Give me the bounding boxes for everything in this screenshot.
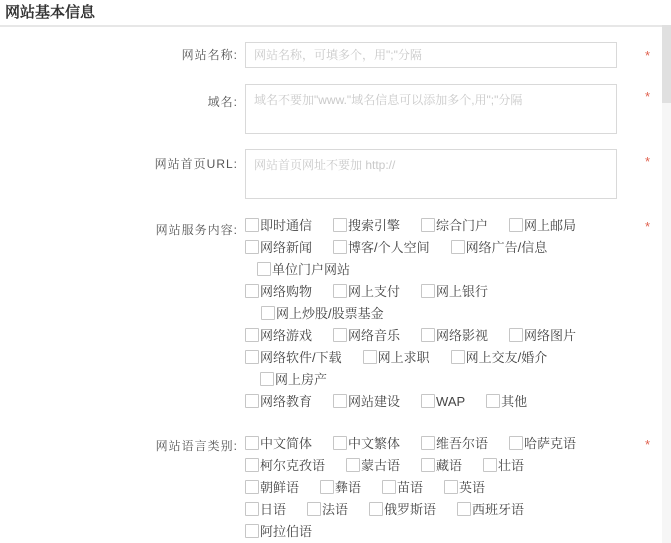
checkbox-label: 搜索引擎 — [348, 218, 400, 233]
required-asterisk: * — [645, 49, 650, 62]
checkbox-option[interactable]: 网上房产 — [260, 369, 327, 391]
checkbox[interactable] — [245, 240, 259, 254]
checkbox-row: 阿拉伯语 — [245, 521, 597, 543]
checkbox-row: 单位门户网站 — [257, 259, 597, 281]
required-asterisk: * — [645, 438, 650, 451]
checkbox-row: 网上炒股/股票基金 — [261, 303, 597, 325]
checkbox-label: 阿拉伯语 — [260, 524, 312, 539]
checkbox[interactable] — [245, 394, 259, 408]
checkbox-label: 中文简体 — [260, 436, 312, 451]
checkbox[interactable] — [486, 394, 500, 408]
checkbox[interactable] — [382, 480, 396, 494]
checkbox-label: 网络教育 — [260, 394, 312, 409]
site-name-label: 网站名称: — [0, 42, 238, 68]
website-basic-info-form: 网站名称: * 域名: * 网站首页URL: * 网站服务内容: 即时通信搜索引… — [0, 42, 671, 543]
checkbox[interactable] — [245, 502, 259, 516]
checkbox-label: 网络图片 — [524, 328, 576, 343]
checkbox-option[interactable]: 网络软件/下载 — [245, 347, 342, 369]
checkbox-option[interactable]: 其他 — [486, 391, 527, 413]
checkbox-label: 苗语 — [397, 480, 423, 495]
checkbox-option[interactable]: 柯尔克孜语 — [245, 455, 325, 477]
checkbox-option[interactable]: 中文繁体 — [333, 433, 400, 455]
checkbox-option[interactable]: 中文简体 — [245, 433, 312, 455]
page-title: 网站基本信息 — [0, 0, 671, 21]
checkbox-row: 网络游戏网络音乐网络影视网络图片 — [245, 325, 597, 347]
domain-textarea[interactable] — [245, 84, 617, 134]
checkbox[interactable] — [346, 458, 360, 472]
checkbox-option[interactable]: 藏语 — [421, 455, 462, 477]
checkbox-row: 网络购物网上支付网上银行 — [245, 281, 597, 303]
checkbox-label: 日语 — [260, 502, 286, 517]
checkbox[interactable] — [483, 458, 497, 472]
checkbox-label: 蒙古语 — [361, 458, 400, 473]
services-checkbox-group: 即时通信搜索引擎综合门户网上邮局网络新闻博客/个人空间网络广告/信息单位门户网站… — [245, 215, 597, 413]
checkbox-label: 网络广告/信息 — [466, 240, 548, 255]
checkbox[interactable] — [257, 262, 271, 276]
checkbox-option[interactable]: 西班牙语 — [457, 499, 524, 521]
checkbox-label: 网上房产 — [275, 372, 327, 387]
homepage-url-textarea[interactable] — [245, 149, 617, 199]
checkbox-label: 即时通信 — [260, 218, 312, 233]
checkbox-label: 网上支付 — [348, 284, 400, 299]
checkbox-option[interactable]: 网上邮局 — [509, 215, 576, 237]
checkbox[interactable] — [451, 240, 465, 254]
checkbox[interactable] — [363, 350, 377, 364]
checkbox-label: 博客/个人空间 — [348, 240, 430, 255]
checkbox-option[interactable]: 维吾尔语 — [421, 433, 488, 455]
checkbox[interactable] — [421, 218, 435, 232]
checkbox[interactable] — [260, 372, 274, 386]
checkbox[interactable] — [333, 394, 347, 408]
checkbox-option[interactable]: 网上炒股/股票基金 — [261, 303, 384, 325]
checkbox-label: 中文繁体 — [348, 436, 400, 451]
checkbox[interactable] — [245, 436, 259, 450]
checkbox-label: 网络购物 — [260, 284, 312, 299]
checkbox-label: 朝鲜语 — [260, 480, 299, 495]
checkbox-label: WAP — [436, 394, 465, 409]
checkbox-option[interactable]: 单位门户网站 — [257, 259, 350, 281]
checkbox-option[interactable]: 网络广告/信息 — [451, 237, 548, 259]
checkbox-option[interactable]: 朝鲜语 — [245, 477, 299, 499]
checkbox-option[interactable]: 哈萨克语 — [509, 433, 576, 455]
checkbox-label: 壮语 — [498, 458, 524, 473]
checkbox-label: 网上银行 — [436, 284, 488, 299]
checkbox[interactable] — [245, 524, 259, 538]
required-asterisk: * — [645, 90, 650, 103]
checkbox-label: 网络游戏 — [260, 328, 312, 343]
checkbox-label: 西班牙语 — [472, 502, 524, 517]
checkbox[interactable] — [245, 350, 259, 364]
checkbox-row: 网络软件/下载网上求职网上交友/婚介 — [245, 347, 597, 369]
checkbox[interactable] — [421, 436, 435, 450]
site-name-input[interactable] — [245, 42, 617, 68]
checkbox-label: 柯尔克孜语 — [260, 458, 325, 473]
checkbox-label: 法语 — [322, 502, 348, 517]
checkbox-option[interactable]: 即时通信 — [245, 215, 312, 237]
languages-row: 网站语言类别: 中文简体中文繁体维吾尔语哈萨克语柯尔克孜语蒙古语藏语壮语朝鲜语彝… — [0, 433, 671, 543]
homepage-url-row: 网站首页URL: * — [0, 149, 671, 199]
checkbox-option[interactable]: 网络影视 — [421, 325, 488, 347]
homepage-url-label: 网站首页URL: — [0, 149, 238, 172]
checkbox-label: 网上交友/婚介 — [466, 350, 548, 365]
checkbox[interactable] — [444, 480, 458, 494]
checkbox[interactable] — [421, 328, 435, 342]
checkbox[interactable] — [333, 436, 347, 450]
required-asterisk: * — [645, 220, 650, 233]
checkbox-label: 俄罗斯语 — [384, 502, 436, 517]
checkbox[interactable] — [369, 502, 383, 516]
checkbox[interactable] — [451, 350, 465, 364]
checkbox-option[interactable]: 网上求职 — [363, 347, 430, 369]
checkbox-label: 网上炒股/股票基金 — [276, 306, 384, 321]
checkbox[interactable] — [509, 436, 523, 450]
checkbox-row: 朝鲜语彝语苗语英语 — [245, 477, 597, 499]
checkbox-option[interactable]: 网络购物 — [245, 281, 312, 303]
checkbox-option[interactable]: 网络教育 — [245, 391, 312, 413]
checkbox[interactable] — [307, 502, 321, 516]
languages-checkbox-group: 中文简体中文繁体维吾尔语哈萨克语柯尔克孜语蒙古语藏语壮语朝鲜语彝语苗语英语日语法… — [245, 433, 597, 543]
checkbox-option[interactable]: 网上银行 — [421, 281, 488, 303]
checkbox-label: 综合门户 — [436, 218, 488, 233]
checkbox-option[interactable]: 网上交友/婚介 — [451, 347, 548, 369]
checkbox[interactable] — [320, 480, 334, 494]
checkbox-option[interactable]: 蒙古语 — [346, 455, 400, 477]
checkbox-option[interactable]: 博客/个人空间 — [333, 237, 430, 259]
languages-label: 网站语言类别: — [0, 433, 238, 454]
checkbox-option[interactable]: 网站建设 — [333, 391, 400, 413]
checkbox-label: 网上求职 — [378, 350, 430, 365]
checkbox-label: 网站建设 — [348, 394, 400, 409]
checkbox[interactable] — [261, 306, 275, 320]
checkbox-label: 维吾尔语 — [436, 436, 488, 451]
checkbox-label: 藏语 — [436, 458, 462, 473]
checkbox-label: 网络音乐 — [348, 328, 400, 343]
checkbox-option[interactable]: 网络新闻 — [245, 237, 312, 259]
services-row: 网站服务内容: 即时通信搜索引擎综合门户网上邮局网络新闻博客/个人空间网络广告/… — [0, 215, 671, 413]
services-label: 网站服务内容: — [0, 215, 238, 238]
checkbox-label: 网络影视 — [436, 328, 488, 343]
checkbox[interactable] — [333, 240, 347, 254]
checkbox-option[interactable]: 英语 — [444, 477, 485, 499]
checkbox-label: 单位门户网站 — [272, 262, 350, 277]
checkbox-option[interactable]: 综合门户 — [421, 215, 488, 237]
checkbox-row: 中文简体中文繁体维吾尔语哈萨克语 — [245, 433, 597, 455]
checkbox-option[interactable]: 日语 — [245, 499, 286, 521]
checkbox-option[interactable]: 网络游戏 — [245, 325, 312, 347]
checkbox-option[interactable]: 俄罗斯语 — [369, 499, 436, 521]
checkbox-label: 彝语 — [335, 480, 361, 495]
checkbox-option[interactable]: WAP — [421, 391, 465, 413]
checkbox-row: 网络新闻博客/个人空间网络广告/信息 — [245, 237, 597, 259]
checkbox[interactable] — [333, 284, 347, 298]
checkbox[interactable] — [245, 458, 259, 472]
checkbox-option[interactable]: 法语 — [307, 499, 348, 521]
checkbox[interactable] — [457, 502, 471, 516]
checkbox-option[interactable]: 网络图片 — [509, 325, 576, 347]
checkbox-label: 其他 — [501, 394, 527, 409]
checkbox-option[interactable]: 搜索引擎 — [333, 215, 400, 237]
checkbox-label: 英语 — [459, 480, 485, 495]
checkbox-label: 网络新闻 — [260, 240, 312, 255]
checkbox-label: 网络软件/下载 — [260, 350, 342, 365]
required-asterisk: * — [645, 155, 650, 168]
checkbox-option[interactable]: 网络音乐 — [333, 325, 400, 347]
checkbox-row: 柯尔克孜语蒙古语藏语壮语 — [245, 455, 597, 477]
checkbox[interactable] — [245, 328, 259, 342]
domain-label: 域名: — [0, 84, 238, 110]
checkbox[interactable] — [245, 284, 259, 298]
domain-row: 域名: * — [0, 84, 671, 134]
checkbox[interactable] — [245, 218, 259, 232]
checkbox-row: 网络教育网站建设WAP其他 — [245, 391, 597, 413]
checkbox-row: 网上房产 — [260, 369, 597, 391]
checkbox[interactable] — [333, 218, 347, 232]
checkbox-option[interactable]: 壮语 — [483, 455, 524, 477]
checkbox[interactable] — [509, 218, 523, 232]
checkbox[interactable] — [509, 328, 523, 342]
checkbox-option[interactable]: 阿拉伯语 — [245, 521, 312, 543]
checkbox-row: 即时通信搜索引擎综合门户网上邮局 — [245, 215, 597, 237]
checkbox-row: 日语法语俄罗斯语西班牙语 — [245, 499, 597, 521]
checkbox[interactable] — [421, 458, 435, 472]
checkbox-option[interactable]: 网上支付 — [333, 281, 400, 303]
checkbox-label: 哈萨克语 — [524, 436, 576, 451]
checkbox-label: 网上邮局 — [524, 218, 576, 233]
checkbox-option[interactable]: 苗语 — [382, 477, 423, 499]
checkbox[interactable] — [245, 480, 259, 494]
site-name-row: 网站名称: * — [0, 42, 671, 68]
checkbox-option[interactable]: 彝语 — [320, 477, 361, 499]
checkbox[interactable] — [333, 328, 347, 342]
title-divider — [0, 25, 671, 27]
checkbox[interactable] — [421, 394, 435, 408]
checkbox[interactable] — [421, 284, 435, 298]
